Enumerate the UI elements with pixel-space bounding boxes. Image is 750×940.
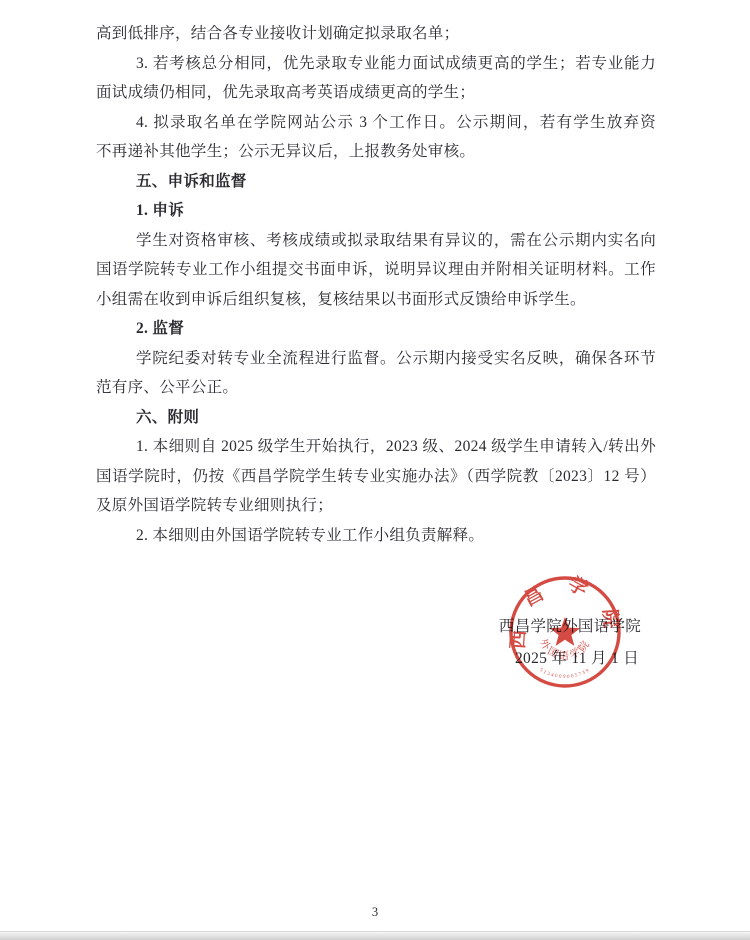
- document-page: 高到低排序，结合各专业接收计划确定拟录取名单；3. 若考核总分相同，优先录取专业…: [0, 0, 750, 940]
- document-line: 五、申诉和监督: [96, 167, 656, 197]
- document-line: 3. 若考核总分相同，优先录取专业能力面试成绩更高的学生；若专业能力: [96, 49, 656, 79]
- document-line: 面试成绩仍相同，优先录取高考英语成绩更高的学生；: [96, 78, 656, 108]
- document-line: 4. 拟录取名单在学院网站公示 3 个工作日。公示期间，若有学生放弃资格，: [96, 108, 656, 138]
- signature-block: 西昌学院外国语学院 2025 年 11 月 1 日: [440, 612, 700, 673]
- document-line: 学生对资格审核、考核成绩或拟录取结果有异议的，需在公示期内实名向外: [96, 226, 656, 256]
- document-line: 六、附则: [96, 403, 656, 433]
- document-line: 国语学院转专业工作小组提交书面申诉，说明异议理由并附相关证明材料。工作: [96, 255, 656, 285]
- signature-org: 西昌学院外国语学院: [440, 612, 700, 642]
- page-number: 3: [0, 905, 750, 920]
- signature-date: 2025 年 11 月 1 日: [440, 644, 700, 674]
- document-line: 不再递补其他学生；公示无异议后，上报教务处审核。: [96, 137, 656, 167]
- document-line: 高到低排序，结合各专业接收计划确定拟录取名单；: [96, 19, 656, 49]
- document-line: 范有序、公平公正。: [96, 373, 656, 403]
- document-line: 1. 本细则自 2025 级学生开始执行，2023 级、2024 级学生申请转入…: [96, 432, 656, 462]
- document-line: 小组需在收到申诉后组织复核，复核结果以书面形式反馈给申诉学生。: [96, 285, 656, 315]
- page-bottom-edge: [0, 931, 750, 940]
- document-line: 学院纪委对转专业全流程进行监督。公示期内接受实名反映，确保各环节规: [96, 344, 656, 374]
- document-line: 2. 监督: [96, 314, 656, 344]
- document-line: 国语学院时，仍按《西昌学院学生转专业实施办法》（西学院教〔2023〕12 号）: [96, 462, 656, 492]
- document-line: 1. 申诉: [96, 196, 656, 226]
- document-line: 2. 本细则由外国语学院转专业工作小组负责解释。: [96, 521, 656, 551]
- document-line: 及原外国语学院转专业细则执行；: [96, 491, 656, 521]
- document-body: 高到低排序，结合各专业接收计划确定拟录取名单；3. 若考核总分相同，优先录取专业…: [96, 19, 656, 550]
